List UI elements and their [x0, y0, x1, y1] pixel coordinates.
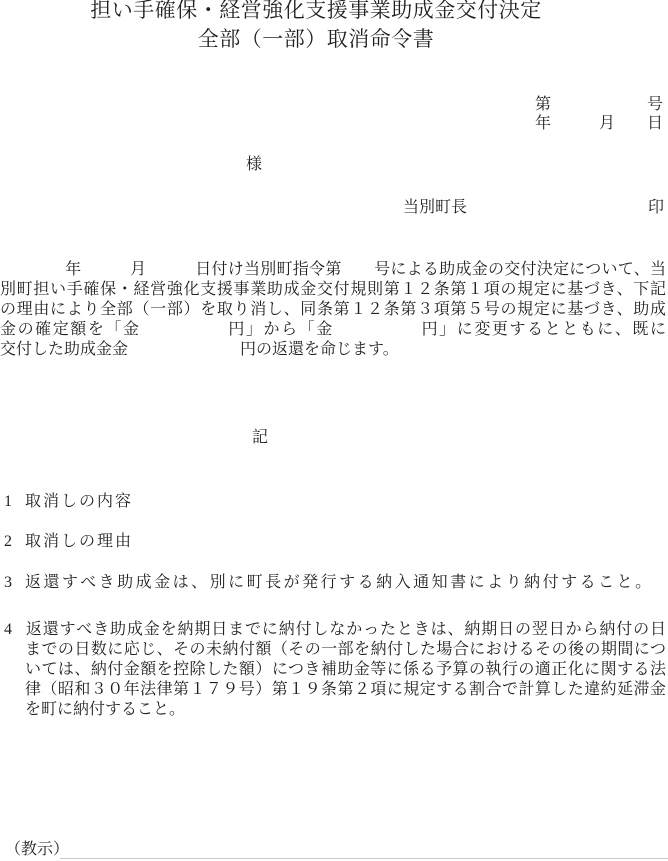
item-text: 取消しの理由	[25, 532, 133, 552]
list-item-4: 4返還すべき助成金を納期日までに納付しなかったときは、納期日の翌日から納付の日 …	[0, 620, 666, 720]
doc-number-line: 第 号	[535, 95, 663, 114]
item-text: 取消しの内容	[25, 492, 133, 512]
list-item-2: 2 取消しの理由	[4, 532, 666, 552]
item-line: いては、納付金額を控除した額）につき補助金等に係る予算の執行の適正化に関する法	[0, 660, 666, 680]
footer-note: （教示）	[5, 840, 69, 860]
document-page: 担い手確保・経営強化支援事業助成金交付決定 全部（一部）取消命令書 第 号 年 …	[0, 0, 668, 861]
item-number: 4	[4, 620, 25, 640]
item-line: 4返還すべき助成金を納期日までに納付しなかったときは、納期日の翌日から納付の日	[0, 620, 666, 640]
document-number-block: 第 号 年 月 日	[535, 95, 663, 133]
cutoff-rule	[60, 858, 668, 859]
recipient-suffix: 様	[246, 155, 262, 175]
issuer-row: 当別町長 印	[403, 198, 664, 218]
list-item-1: 1 取消しの内容	[4, 492, 666, 512]
body-paragraph: 年 月 日付け当別町指令第 号による助成金の交付決定について、当 別町担い手確保…	[0, 260, 666, 360]
body-line: の理由により全部（一部）を取り消し、同条第１２条第３項第５号の規定に基づき、助成	[0, 300, 666, 320]
item-number: 1	[4, 492, 25, 512]
title-line-1: 担い手確保・経営強化支援事業助成金交付決定	[0, 0, 632, 25]
doc-date-line: 年 月 日	[535, 114, 663, 133]
item-line: までの日数に応じ、その未納付額（その一部を納付した場合におけるその後の期間につ	[0, 640, 666, 660]
document-title: 担い手確保・経営強化支援事業助成金交付決定 全部（一部）取消命令書	[0, 0, 632, 54]
list-item-3: 3 返還すべき助成金は、別に町長が発行する納入通知書により納付すること。	[4, 573, 666, 593]
body-line: 年 月 日付け当別町指令第 号による助成金の交付決定について、当	[0, 260, 666, 280]
ki-heading: 記	[0, 428, 520, 448]
body-line: 金の確定額を「金 円」から「金 円」に変更するとともに、既に	[0, 320, 666, 340]
item-number: 3	[4, 573, 25, 593]
seal-placeholder: 印	[648, 198, 664, 218]
title-line-2: 全部（一部）取消命令書	[0, 25, 632, 54]
body-line: 別町担い手確保・経営強化支援事業助成金交付規則第１２条第１項の規定に基づき、下記	[0, 280, 666, 300]
item-line: 律（昭和３０年法律第１７９号）第１９条第２項に規定する割合で計算した違約延滞金	[0, 680, 666, 700]
item-line-text: 返還すべき助成金を納期日までに納付しなかったときは、納期日の翌日から納付の日	[25, 621, 666, 638]
item-text: 返還すべき助成金は、別に町長が発行する納入通知書により納付すること。	[25, 573, 654, 593]
item-number: 2	[4, 532, 25, 552]
body-line: 交付した助成金金 円の返還を命じます。	[0, 340, 666, 360]
item-line: を町に納付すること。	[0, 700, 666, 720]
issuer-title: 当別町長	[403, 198, 467, 218]
